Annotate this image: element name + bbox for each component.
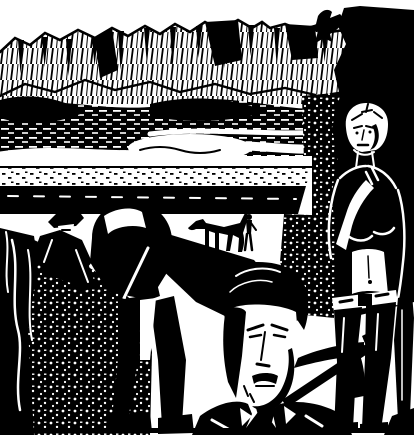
rock-highlight-3 <box>6 232 8 292</box>
woman-belly-line <box>368 256 369 278</box>
sluice-top-speckled <box>0 166 312 186</box>
woman-buckle <box>358 294 372 306</box>
illustration-canvas <box>0 0 414 435</box>
woman-eye-left <box>356 132 359 135</box>
woman-navel <box>368 280 372 284</box>
woman-belly <box>352 249 388 294</box>
nostrils <box>257 364 269 366</box>
woodcut-illustration <box>0 0 414 435</box>
miner-right-head <box>96 236 122 264</box>
bottom-rule <box>0 428 414 433</box>
woman-eye-right <box>369 131 372 134</box>
sluice-beam <box>0 156 312 216</box>
